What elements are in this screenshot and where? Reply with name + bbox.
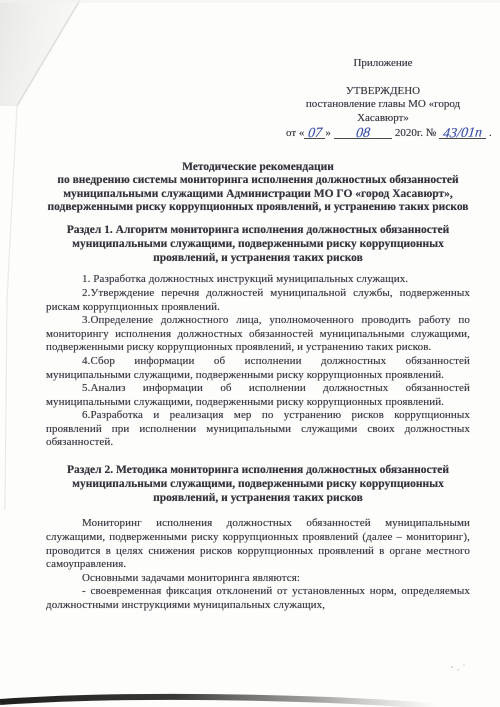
date-prefix: от « [286, 127, 304, 139]
list-item-6: 6.Разработка и реализация мер по устране… [46, 409, 470, 450]
handwritten-month: 08 [355, 129, 370, 139]
section2-paragraph-1: Мониторинг исполнения должностных обязан… [46, 517, 470, 571]
list-item-4: 4.Сбор информации об исполнении должност… [46, 355, 470, 382]
list-item-5: 5.Анализ информации об исполнении должно… [46, 382, 470, 409]
document-content: Приложение УТВЕРЖДЕНО постановление глав… [46, 57, 470, 613]
section2-paragraph-3: - своевременная фиксация отклонений от у… [46, 585, 470, 612]
doc-number-blank: 43/01п [439, 128, 486, 139]
date-month-blank: 08 [334, 128, 392, 139]
resolution-text: постановление главы МО «город Хасавюрт» [285, 98, 481, 125]
list-item-2: 2.Утверждение перечня должностей муницип… [46, 287, 470, 314]
approval-header: Приложение УТВЕРЖДЕНО постановление глав… [285, 57, 481, 141]
section2-heading: Раздел 2. Методика мониторинга исполнени… [46, 464, 470, 505]
section2-body: Мониторинг исполнения должностных обязан… [46, 517, 470, 612]
document-title-rest: по внедрению системы мониторинга исполне… [46, 174, 470, 215]
handwritten-number: 43/01п [443, 129, 483, 140]
handwritten-day: 07 [307, 129, 322, 139]
document-title: Методические рекомендации по внедрению с… [46, 161, 470, 215]
approved-label: УТВЕРЖДЕНО [285, 85, 481, 99]
section1-heading: Раздел 1. Алгоритм мониторинга исполнени… [46, 224, 470, 265]
date-close-quote: » [325, 127, 331, 139]
page-bottom-shadow [0, 697, 438, 707]
section2-paragraph-2: Основными задачами мониторинга являются: [46, 572, 470, 586]
scanned-document-page: Приложение УТВЕРЖДЕНО постановление глав… [0, 0, 500, 707]
date-number-line: от «07»082020г. №43/01п . [285, 127, 481, 141]
date-suffix: . [489, 127, 492, 139]
list-item-3: 3.Определение должностного лица, уполном… [46, 314, 470, 355]
document-title-line1: Методические рекомендации [46, 161, 470, 175]
appendix-label: Приложение [285, 57, 481, 71]
list-item-1: 1. Разработка должностных инструкций мун… [46, 273, 470, 287]
date-day-blank: 07 [304, 128, 325, 139]
section1-list: 1. Разработка должностных инструкций мун… [46, 273, 470, 450]
year-number-label: 2020г. № [395, 127, 436, 139]
